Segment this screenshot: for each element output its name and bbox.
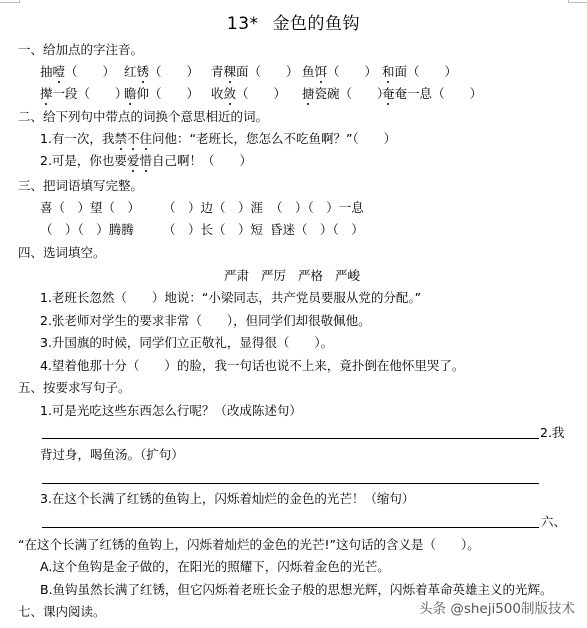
character: 奄 [395, 86, 408, 101]
section-1-row-1: 抽噎（ ）红锈（ ）青稞面（ ）鱼饵（ ）和面（ ） [40, 64, 472, 80]
section-4-item-4: 4.望着他那十分（ ）的脸，我一句话也说不上来，竟扑倒在他怀里哭了。 [40, 358, 464, 374]
idiom-blank-3: （ ）（ ）一息 [270, 200, 364, 215]
idiom-blank-4: （ ）（ ）腾腾 [40, 222, 163, 238]
section-4-item-1: 1.老班长忽然（ ）地说：“小梁同志，共产党员要服从党的分配。” [40, 290, 421, 306]
section-3-heading: 三、把词语填写完整。 [18, 178, 143, 194]
pinyin-item: 抽噎（ ） [40, 64, 124, 80]
section-4-item-3: 3.升国旗的时候，同学们立正敬礼，显得很（ ）。 [40, 335, 333, 351]
pinyin-item: 鱼饵（ ） [302, 64, 382, 80]
section-1-heading: 一、给加点的字注音。 [18, 42, 143, 58]
watermark: 头条 @sheji500制版技术 [419, 597, 575, 617]
pinyin-item: 和面（ ） [382, 64, 472, 80]
idiom-blank-1: 喜（ ）望（ ） [40, 200, 163, 216]
character: 碗 [327, 86, 340, 101]
dotted-character: 饵 [315, 64, 328, 79]
dotted-character: 瞻 [124, 86, 137, 101]
pinyin-item: 青稞面（ ） [211, 64, 302, 80]
answer-blank[interactable]: （ ） [432, 86, 482, 101]
section-6-heading: 六、 [541, 514, 566, 530]
pinyin-item: 撵一段（ ） [40, 86, 124, 102]
character: 段 [65, 86, 78, 101]
character: 红 [124, 64, 137, 79]
section-2-heading: 二、给下列句中带点的词换个意思相近的词。 [18, 109, 268, 125]
dotted-character: 惜 [139, 153, 152, 168]
character: 一 [53, 86, 66, 101]
idiom-blank-5: （ ）长（ ）短 [163, 222, 270, 238]
character: 息 [420, 86, 433, 101]
dotted-character: 爱 [127, 153, 140, 168]
section-5-question-1: 1.可是光吃这些东西怎么行呢？（改成陈述句） [40, 403, 302, 419]
answer-blank[interactable]: （ ） [149, 64, 199, 79]
idiom-blank-6: 昏迷（ ）（ ） [270, 222, 364, 237]
character: 瓷 [315, 86, 328, 101]
answer-line-1[interactable] [42, 438, 539, 439]
dotted-character: 敛 [224, 86, 237, 101]
dotted-character: 锈 [137, 64, 150, 79]
dotted-character: 噎 [53, 64, 66, 79]
answer-blank[interactable]: （ ） [407, 64, 457, 79]
word-choices: 严肃严厉严格严峻 [224, 268, 360, 284]
section-1-row-2: 撵一段（ ）瞻仰（ ）收敛（ ）搪瓷碗（ ）奄奄一息（ ） [40, 86, 492, 102]
q1-dotted-word: 禁不住 [114, 131, 152, 146]
character: 抽 [40, 64, 53, 79]
character: 仰 [137, 86, 150, 101]
dotted-character: 撵 [40, 86, 53, 101]
section-3-row-1: 喜（ ）望（ ）（ ）边（ ）涯（ ）（ ）一息 [40, 200, 364, 216]
dotted-character: 和 [382, 64, 395, 79]
answer-blank[interactable]: （ ） [149, 86, 199, 101]
dotted-character: 不 [127, 131, 140, 146]
section-6-option-b: B.鱼钩虽然长满了红锈，但它闪烁着老班长金子般的思想光辉，闪烁着革命英雄主义的光… [40, 582, 553, 598]
q1-prefix: 1.有一次，我 [40, 131, 114, 146]
answer-blank[interactable]: （ ） [327, 64, 377, 79]
section-6-option-a: A.这个鱼钩是金子做的，在阳光的照耀下，闪烁着金色的光芒。 [40, 559, 390, 575]
section-6-question: “在这个长满了红锈的鱼钩上，闪烁着灿烂的金色的光芒!”这句话的含义是（ ）。 [18, 537, 480, 553]
lesson-number: 13* [227, 14, 259, 34]
pinyin-item: 瞻仰（ ） [124, 86, 211, 102]
answer-blank[interactable]: （ ） [236, 86, 286, 101]
section-2-question-2: 2.可是，你也要爱惜自己啊！（ ） [40, 153, 252, 169]
pinyin-item: 奄奄一息（ ） [382, 86, 492, 102]
dotted-character: 稞 [224, 64, 237, 79]
character: 一 [407, 86, 420, 101]
pinyin-item: 搪瓷碗（ ） [302, 86, 382, 102]
choice-2: 严厉 [261, 268, 286, 283]
character: 收 [211, 86, 224, 101]
pinyin-item: 收敛（ ） [211, 86, 302, 102]
section-7-heading: 七、课内阅读。 [18, 604, 106, 620]
dotted-character: 住 [139, 131, 152, 146]
section-5-question-3: 3.在这个长满了红锈的鱼钩上，闪烁着灿烂的金色的光芒！（缩句） [40, 491, 414, 507]
dotted-character: 奄 [382, 86, 395, 101]
q2-prefix: 2.可是，你也要 [40, 153, 127, 168]
section-5-question-2-start: 2.我 [540, 425, 564, 441]
page-title: 13*金色的鱼钩 [0, 9, 587, 34]
dotted-character: 搪 [302, 86, 315, 101]
character: 青 [211, 64, 224, 79]
page-corner-mark-left [0, 0, 19, 3]
choice-1: 严肃 [224, 268, 249, 283]
q2-dotted-word: 爱惜 [127, 153, 152, 168]
q2-suffix: 自己啊！（ ） [152, 153, 252, 168]
answer-line-3[interactable] [42, 527, 539, 528]
section-2-question-1: 1.有一次，我禁不住问他：“老班长，您怎么不吃鱼啊？”（ ） [40, 131, 396, 147]
lesson-title: 金色的鱼钩 [273, 14, 361, 34]
page-corner-mark-right [569, 0, 587, 3]
choice-4: 严峻 [335, 268, 360, 283]
section-5-question-2: 背过身，喝鱼汤。（扩句） [40, 447, 184, 463]
character: 鱼 [302, 64, 315, 79]
dotted-character: 禁 [114, 131, 127, 146]
answer-blank[interactable]: （ ） [65, 64, 115, 79]
section-4-heading: 四、选词填空。 [18, 245, 106, 261]
answer-blank[interactable]: （ ） [78, 86, 128, 101]
section-5-heading: 五、按要求写句子。 [18, 380, 131, 396]
q1-suffix: 问他：“老班长，您怎么不吃鱼啊？”（ ） [152, 131, 396, 146]
answer-blank[interactable]: （ ） [249, 64, 299, 79]
section-3-row-2: （ ）（ ）腾腾（ ）长（ ）短昏迷（ ）（ ） [40, 222, 364, 238]
choice-3: 严格 [298, 268, 323, 283]
answer-line-2[interactable] [42, 483, 539, 484]
section-4-item-2: 2.张老师对学生的要求非常（ ），但同学们却很敬佩他。 [40, 313, 371, 329]
character: 面 [395, 64, 408, 79]
character: 面 [236, 64, 249, 79]
idiom-blank-2: （ ）边（ ）涯 [163, 200, 270, 216]
pinyin-item: 红锈（ ） [124, 64, 211, 80]
